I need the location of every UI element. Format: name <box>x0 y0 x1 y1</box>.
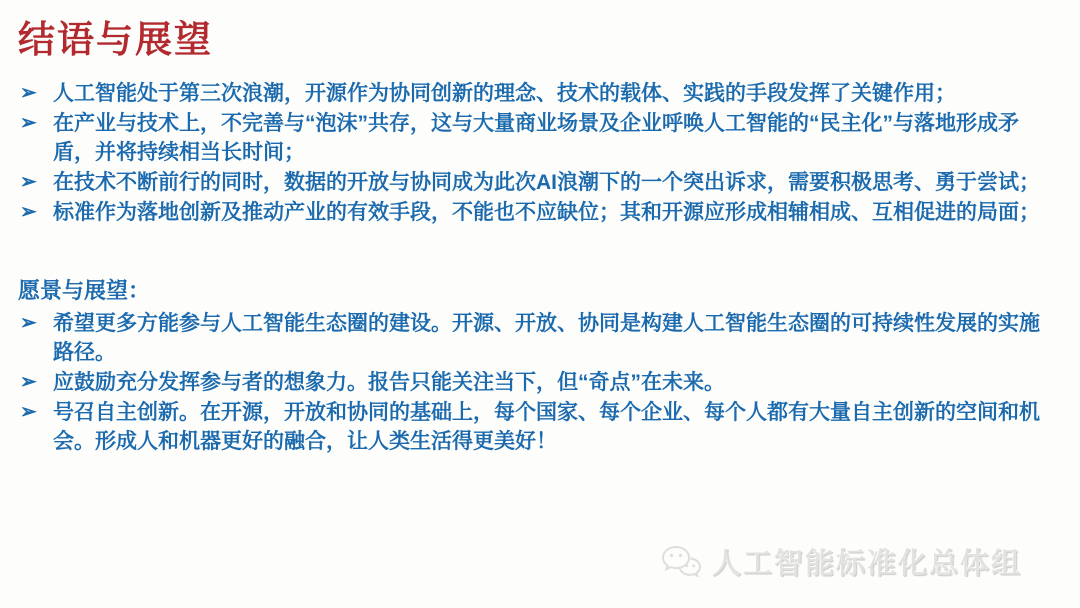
watermark-label: 人工智能标准化总体组 <box>712 541 1022 582</box>
bullet-item: ➢ 希望更多方能参与人工智能生态圈的建设。开源、开放、协同是构建人工智能生态圈的… <box>20 309 1054 367</box>
bullet-text: 号召自主创新。在开源，开放和协同的基础上，每个国家、每个企业、每个人都有大量自主… <box>53 401 1040 453</box>
bullet-text: 应鼓励充分发挥参与者的想象力。报告只能关注当下，但“奇点”在未来。 <box>53 371 725 394</box>
slide: 结语与展望 ➢ 人工智能处于第三次浪潮，开源作为协同创新的理念、技术的载体、实践… <box>0 0 1080 608</box>
vision-heading: 愿景与展望： <box>18 274 1062 305</box>
bullet-item: ➢ 应鼓励充分发挥参与者的想象力。报告只能关注当下，但“奇点”在未来。 <box>20 368 1054 397</box>
wechat-logo-icon <box>660 543 702 581</box>
bullet-arrow-icon: ➢ <box>20 198 37 227</box>
conclusion-bullet-list: ➢ 人工智能处于第三次浪潮，开源作为协同创新的理念、技术的载体、实践的手段发挥了… <box>18 79 1062 227</box>
vision-bullet-list: ➢ 希望更多方能参与人工智能生态圈的建设。开源、开放、协同是构建人工智能生态圈的… <box>18 309 1062 456</box>
bullet-arrow-icon: ➢ <box>20 309 37 338</box>
bullet-arrow-icon: ➢ <box>20 79 37 108</box>
watermark: 人工智能标准化总体组 <box>660 541 1022 582</box>
bullet-arrow-icon: ➢ <box>20 398 37 427</box>
bullet-arrow-icon: ➢ <box>20 109 37 138</box>
bullet-item: ➢ 人工智能处于第三次浪潮，开源作为协同创新的理念、技术的载体、实践的手段发挥了… <box>20 79 1054 108</box>
bullet-text: 人工智能处于第三次浪潮，开源作为协同创新的理念、技术的载体、实践的手段发挥了关键… <box>53 82 956 105</box>
bullet-text: 在产业与技术上，不完善与“泡沫”共存，这与大量商业场景及企业呼唤人工智能的“民主… <box>53 112 1019 164</box>
bullet-arrow-icon: ➢ <box>20 168 37 197</box>
bullet-arrow-icon: ➢ <box>20 368 37 397</box>
bullet-item: ➢ 标准作为落地创新及推动产业的有效手段，不能也不应缺位；其和开源应形成相辅相成… <box>20 198 1054 227</box>
bullet-text: 标准作为落地创新及推动产业的有效手段，不能也不应缺位；其和开源应形成相辅相成、互… <box>53 201 1040 224</box>
section-divider-space <box>18 228 1062 274</box>
bullet-item: ➢ 在产业与技术上，不完善与“泡沫”共存，这与大量商业场景及企业呼唤人工智能的“… <box>20 109 1054 167</box>
bullet-text: 希望更多方能参与人工智能生态圈的建设。开源、开放、协同是构建人工智能生态圈的可持… <box>53 312 1040 364</box>
slide-title: 结语与展望 <box>18 20 1062 61</box>
bullet-item: ➢ 在技术不断前行的同时，数据的开放与协同成为此次AI浪潮下的一个突出诉求，需要… <box>20 168 1054 197</box>
bullet-text: 在技术不断前行的同时，数据的开放与协同成为此次AI浪潮下的一个突出诉求，需要积极… <box>53 171 1040 194</box>
bullet-item: ➢ 号召自主创新。在开源，开放和协同的基础上，每个国家、每个企业、每个人都有大量… <box>20 398 1054 456</box>
